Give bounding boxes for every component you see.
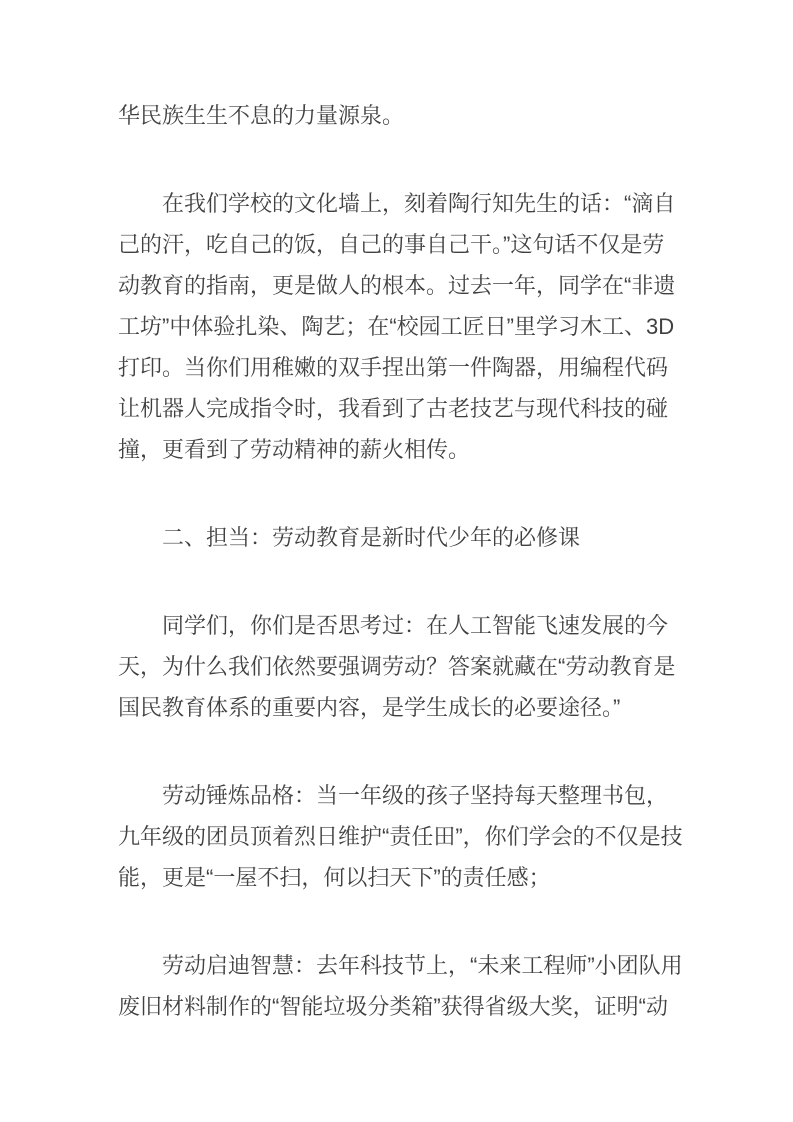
paragraph-labor-wisdom: 劳动启迪智慧：去年科技节上，“未来工程师”小团队用 废旧材料制作的“智能垃圾分类… xyxy=(118,945,708,1027)
section-heading-2: 二、担当：劳动教育是新时代少年的必修课 xyxy=(118,517,708,558)
paragraph-labor-character: 劳动锤炼品格：当一年级的孩子坚持每天整理书包， 九年级的团员顶着烈日维护“责任田… xyxy=(118,775,708,898)
document-page: 华民族生生不息的力量源泉。 在我们学校的文化墙上，刻着陶行知先生的话：“滴自 己… xyxy=(0,0,793,1122)
paragraph-ai-question: 同学们，你们是否思考过：在人工智能飞速发展的今 天，为什么我们依然要强调劳动？答… xyxy=(118,605,708,728)
paragraph-intro-fragment: 华民族生生不息的力量源泉。 xyxy=(118,95,708,136)
paragraph-culture-wall: 在我们学校的文化墙上，刻着陶行知先生的话：“滴自 己的汗，吃自己的饭，自己的事自… xyxy=(118,183,708,470)
